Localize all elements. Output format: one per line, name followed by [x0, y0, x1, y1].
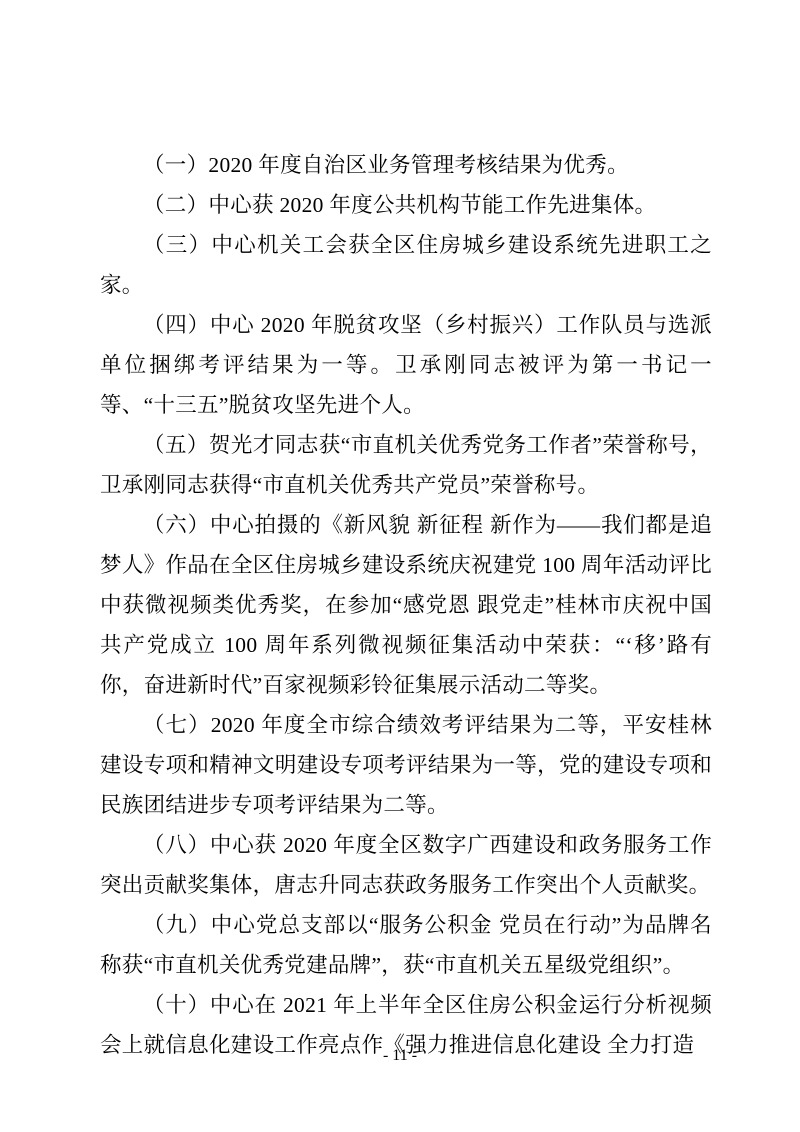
- paragraph-item-2: （二）中心获 2020 年度公共机构节能工作先进集体。: [100, 185, 712, 225]
- document-body: （一）2020 年度自治区业务管理考核结果为优秀。 （二）中心获 2020 年度…: [100, 145, 712, 1065]
- paragraph-item-6: （六）中心拍摄的《新风貌 新征程 新作为——我们都是追梦人》作品在全区住房城乡建…: [100, 505, 712, 705]
- paragraph-item-4: （四）中心 2020 年脱贫攻坚（乡村振兴）工作队员与选派单位捆绑考评结果为一等…: [100, 305, 712, 425]
- paragraph-item-9: （九）中心党总支部以“服务公积金 党员在行动”为品牌名称获“市直机关优秀党建品牌…: [100, 905, 712, 985]
- paragraph-item-5: （五）贺光才同志获“市直机关优秀党务工作者”荣誉称号，卫承刚同志获得“市直机关优…: [100, 425, 712, 505]
- paragraph-item-8: （八）中心获 2020 年度全区数字广西建设和政务服务工作突出贡献奖集体，唐志升…: [100, 825, 712, 905]
- paragraph-item-7: （七）2020 年度全市综合绩效考评结果为二等，平安桂林建设专项和精神文明建设专…: [100, 705, 712, 825]
- paragraph-item-3: （三）中心机关工会获全区住房城乡建设系统先进职工之家。: [100, 225, 712, 305]
- document-page: （一）2020 年度自治区业务管理考核结果为优秀。 （二）中心获 2020 年度…: [0, 0, 800, 1132]
- page-number: - 11 -: [0, 1044, 800, 1068]
- paragraph-item-1: （一）2020 年度自治区业务管理考核结果为优秀。: [100, 145, 712, 185]
